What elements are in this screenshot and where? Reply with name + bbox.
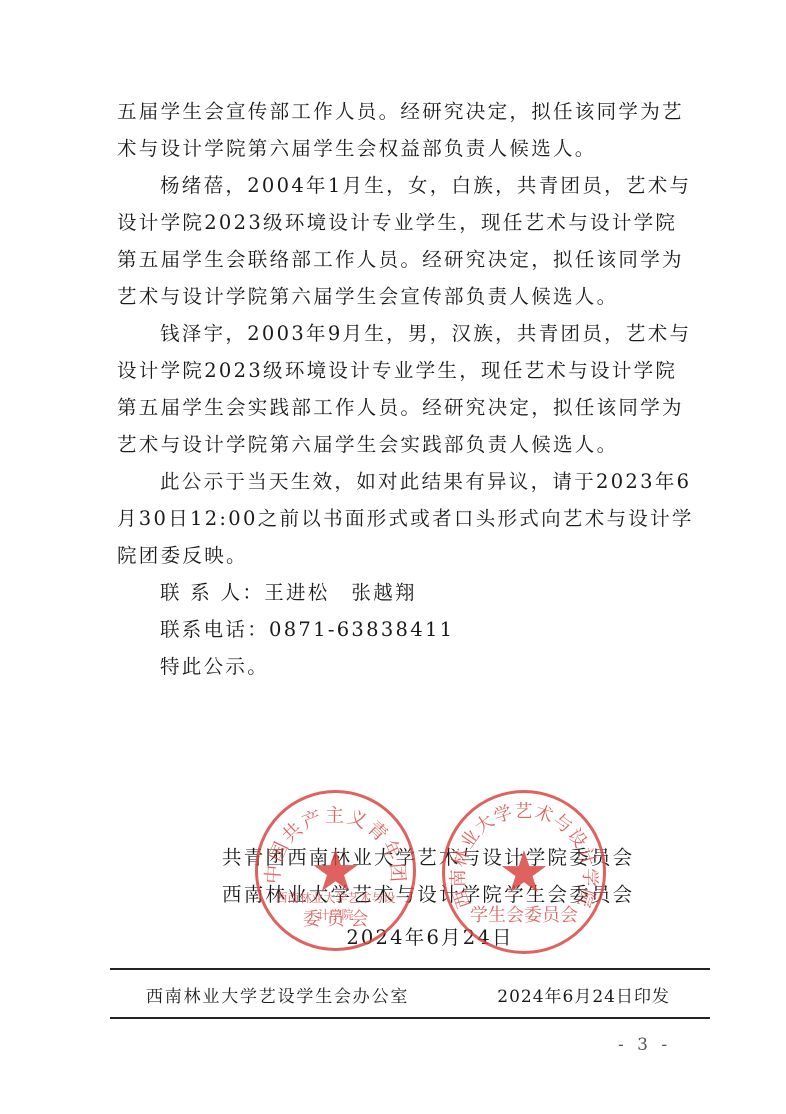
page-number: - 3 -: [618, 1035, 671, 1055]
body-line: 艺术与设计学院第六届学生会宣传部负责人候选人。: [117, 282, 669, 312]
closing-line: 特此公示。: [160, 652, 669, 682]
body-line: 艺术与设计学院第六届学生会实践部负责人候选人。: [117, 430, 669, 460]
footer-issuer: 西南林业大学艺设学生会办公室: [146, 983, 409, 1011]
contact-phone: 联系电话：0871-63838411: [160, 615, 669, 645]
body-line: 院团委反映。: [117, 541, 669, 571]
student-union-seal: 西南林业大学艺术与设计学院 ★ 学生会委员会: [442, 790, 606, 954]
seal-bottom-text: 学生会委员会: [445, 901, 603, 927]
body-line: 设计学院2023级环境设计专业学生，现任艺术与设计学院: [117, 356, 669, 386]
footer-issue-date: 2024年6月24日印发: [440, 983, 670, 1011]
body-line: 此公示于当天生效，如对此结果有异议，请于2023年6: [160, 467, 669, 497]
star-icon: ★: [498, 843, 550, 901]
footer-bottom-rule: [110, 1017, 710, 1019]
body-line: 第五届学生会联络部工作人员。经研究决定，拟任该同学为: [117, 245, 669, 275]
document-page: 五届学生会宣传部工作人员。经研究决定，拟任该同学为艺 术与设计学院第六届学生会权…: [0, 0, 786, 1114]
body-line: 月30日12:00之前以书面形式或者口头形式向艺术与设计学: [117, 504, 669, 534]
league-committee-seal: 中国共产主义青年团 ★ 西南林业大学艺术与设计学院 委 员 会: [255, 790, 416, 951]
body-line: 设计学院2023级环境设计专业学生，现任艺术与设计学院: [117, 208, 669, 238]
footer-top-rule: [110, 968, 710, 970]
body-line: 五届学生会宣传部工作人员。经研究决定，拟任该同学为艺: [117, 97, 669, 127]
contact-person: 联 系 人：王进松 张越翔: [160, 578, 669, 608]
body-line: 术与设计学院第六届学生会权益部负责人候选人。: [117, 134, 669, 164]
body-line: 第五届学生会实践部工作人员。经研究决定，拟任该同学为: [117, 393, 669, 423]
body-line: 杨绪蓓，2004年1月生，女，白族，共青团员，艺术与: [160, 171, 669, 201]
body-line: 钱泽宇，2003年9月生，男，汉族，共青团员，艺术与: [160, 319, 669, 349]
seal-bottom-text: 委 员 会: [258, 905, 413, 931]
